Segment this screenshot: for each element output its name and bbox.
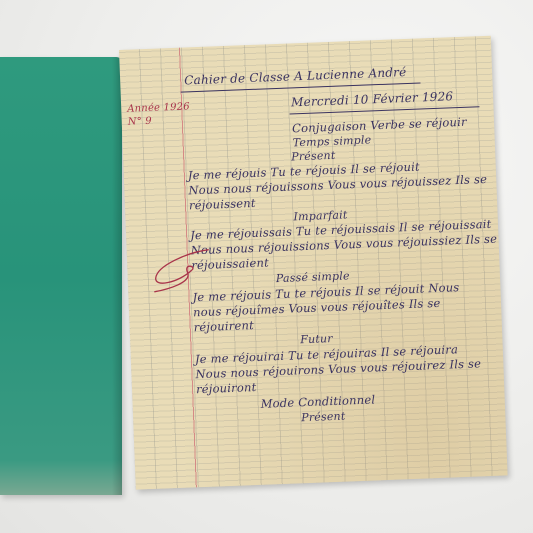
section-heading: Présent: [291, 149, 336, 164]
notebook-cover: [0, 57, 122, 495]
conjugation-line: réjouissent: [189, 196, 256, 213]
notebook-page: Cahier de Classe A Lucienne André Année …: [119, 36, 508, 490]
section-heading: Futur: [300, 332, 333, 346]
lesson-subject: Conjugaison Verbe se réjouir: [292, 115, 467, 136]
tense-group: Temps simple: [292, 133, 371, 149]
section-heading: Passé simple: [276, 269, 350, 285]
lesson-date: Mercredi 10 Février 1926: [291, 89, 454, 109]
section-heading: Imparfait: [293, 208, 347, 223]
conjugation-line: réjouirent: [193, 318, 254, 334]
mode-tense: Présent: [301, 410, 346, 425]
margin-number: N° 9: [128, 116, 152, 128]
conjugation-line: réjouiront: [196, 380, 257, 396]
mode-heading: Mode Conditionnel: [260, 392, 375, 410]
red-correction-flourish: [146, 241, 218, 294]
margin-year: Année 1926: [127, 101, 190, 114]
